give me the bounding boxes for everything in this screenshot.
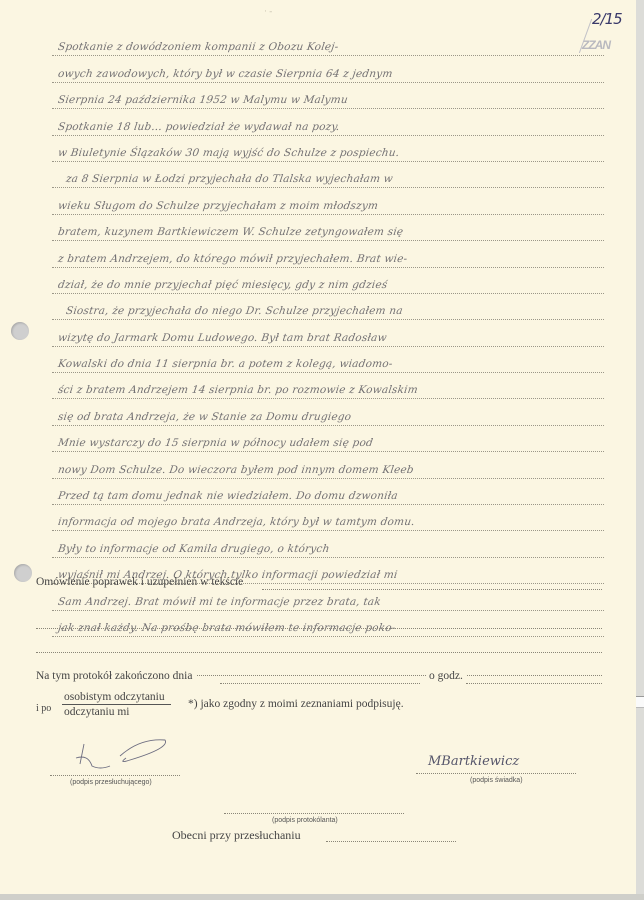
binder-hole-icon — [14, 564, 32, 582]
handwritten-line: nowy Dom Schulze. Do wieczora byłem pod … — [52, 452, 604, 478]
handwritten-line: Spotkanie z dowódzoniem kompanii z Obozu… — [52, 30, 604, 56]
present-label: Obecni przy przesłuchaniu — [172, 828, 301, 843]
handwritten-testimony: Spotkanie z dowódzoniem kompanii z Obozu… — [52, 30, 604, 637]
handwritten-line: Siostra, że przyjechała do niego Dr. Sch… — [52, 294, 604, 320]
handwritten-line: z bratem Andrzejem, do którego mówił prz… — [52, 241, 604, 267]
handwritten-line: Przed tą tam domu jednak nie wiedziałem.… — [52, 479, 604, 505]
page-number: 2/15 — [592, 10, 622, 28]
scan-edge — [636, 0, 644, 900]
handwritten-line: Sierpnia 24 października 1952 w Malymu w… — [52, 83, 604, 109]
closed-date-label: Na tym protokół zakończono dnia — [36, 670, 196, 682]
handwritten-line: owych zawodowych, który był w czasie Sie… — [52, 56, 604, 82]
handwritten-line: bratem, kuzynem Bartkiewiczem W. Schulze… — [52, 215, 604, 241]
handwritten-line: Mnie wystarczy do 15 sierpnia w północy … — [52, 426, 604, 452]
time-label: o godz. — [426, 670, 466, 682]
fraction-bottom-option: odczytaniu mi — [62, 705, 171, 718]
corrections-label: Omówienie poprawek i uzupełnień w tekści… — [36, 576, 243, 588]
interrogator-signature-icon — [70, 736, 180, 776]
interrogator-caption: (podpis przesłuchującego) — [70, 779, 152, 786]
handwritten-line: Kowalski do dnia 11 sierpnia br. a potem… — [52, 347, 604, 373]
corrections-field-line[interactable] — [36, 652, 602, 653]
agreement-statement: *) jako zgodny z moimi zeznaniami podpis… — [188, 698, 404, 710]
handwritten-line: dział, że do mnie przyjechał pięć miesię… — [52, 268, 604, 294]
fraction-top-option: osobistym odczytaniu — [62, 691, 171, 705]
present-field[interactable] — [326, 841, 456, 842]
time-field[interactable] — [466, 683, 602, 684]
scan-edge-bottom — [0, 894, 644, 900]
handwritten-line: jak znał każdy. Na prośbę brata mówiłem … — [52, 611, 604, 637]
handwritten-line: się od brata Andrzeja, że w Stanie za Do… — [52, 399, 604, 425]
interrogator-signature-line — [50, 775, 180, 776]
binder-hole-icon — [11, 322, 29, 340]
top-mark: · - — [264, 6, 272, 16]
handwritten-line: wieku Sługom do Schulze przyjechałam z m… — [52, 188, 604, 214]
recorder-caption: (podpis protokólanta) — [272, 817, 338, 824]
handwritten-line: Spotkanie 18 lub... powiedział że wydawa… — [52, 109, 604, 135]
corrections-field-line[interactable] — [36, 628, 602, 629]
handwritten-line: informacja od mojego brata Andrzeja, któ… — [52, 505, 604, 531]
handwritten-line: za 8 Sierpnia w Łodzi przyjechała do Tla… — [52, 162, 604, 188]
reading-method-fraction: osobistym odczytaniu odczytaniu mi — [62, 691, 171, 718]
handwritten-line: wizytę do Jarmark Domu Ludowego. Był tam… — [52, 320, 604, 346]
closed-date-field[interactable] — [220, 683, 420, 684]
witness-signature-line — [416, 773, 576, 774]
document-page: · - 2/15 ZZAN Spotkanie z dowódzoniem ko… — [0, 0, 636, 894]
handwritten-line: w Biuletynie Ślązaków 30 mają wyjść do S… — [52, 136, 604, 162]
recorder-signature-line — [224, 813, 404, 814]
prefix-label: i po — [36, 703, 51, 714]
witness-caption: (podpis świadka) — [470, 777, 523, 784]
handwritten-line: ści z bratem Andrzejem 14 sierpnia br. p… — [52, 373, 604, 399]
witness-signature: MBartkiewicz — [428, 754, 519, 769]
handwritten-line: Były to informacje od Kamila drugiego, o… — [52, 531, 604, 557]
corrections-field[interactable] — [262, 589, 602, 590]
